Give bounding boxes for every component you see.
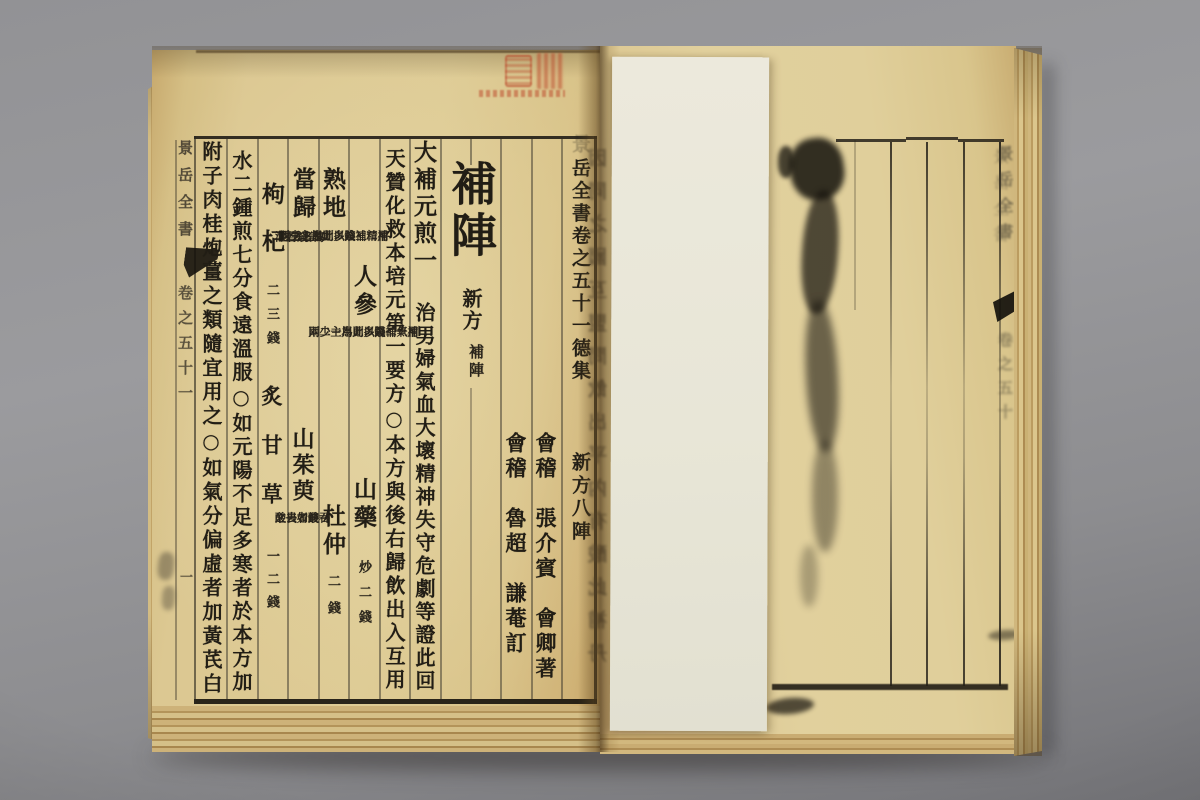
ingredient-name: 山茱萸 xyxy=(291,427,313,505)
ingredient-name: 人參 xyxy=(352,264,375,320)
column-rule xyxy=(470,388,472,699)
watermark-seal-right xyxy=(537,53,564,89)
ingredient-name: 熟地 xyxy=(321,167,344,223)
ingredient-note: 炒二錢 xyxy=(357,560,370,635)
red-watermark xyxy=(479,52,567,100)
ingredient-name: 山藥 xyxy=(352,477,375,533)
ingredient-name: 枸杞 xyxy=(260,182,283,276)
spine-juan-label: 卷之五十一 xyxy=(177,285,192,410)
frame-left-border xyxy=(194,136,196,704)
spine-juan-label: 卷之五十 xyxy=(997,332,1012,428)
recipe-directions-2: 附子肉桂炮薑之類隨宜用之○如氣分偏虛者加黃芪白 xyxy=(201,141,221,697)
frame-bottom-border xyxy=(194,699,597,704)
frame-top-border xyxy=(906,137,958,140)
ingredient-name: 炙甘草 xyxy=(261,385,282,532)
left-page-bottom-edges xyxy=(152,706,600,752)
column-rule xyxy=(287,139,289,699)
column-rule xyxy=(226,139,228,699)
spine-book-title: 景岳全書 xyxy=(996,145,1012,249)
ink-smear xyxy=(778,146,794,178)
watermark-caption xyxy=(479,90,565,97)
section-title-large: 補陣 xyxy=(448,160,494,262)
recipe-title: 大補元煎一 xyxy=(412,140,435,275)
ingredient-note: 二錢 xyxy=(326,574,339,628)
right-page-edge-shade xyxy=(1014,48,1042,756)
ingredient-note-left: 瀉者去之 xyxy=(280,231,324,250)
frame-top-border xyxy=(194,136,597,139)
ink-smear xyxy=(800,545,818,607)
paper-strip-overlay xyxy=(610,57,769,732)
ingredient-name: 當歸 xyxy=(291,167,314,223)
editor-line: 會稽 魯超 謙菴訂 xyxy=(505,432,526,657)
column-rule xyxy=(561,139,563,699)
column-rule xyxy=(440,139,442,699)
column-rule xyxy=(318,139,320,699)
frame-top-border xyxy=(836,139,906,142)
spine-book-title: 景岳全書 xyxy=(177,140,192,248)
column-rule xyxy=(348,139,350,699)
book-photo: 景岳全書 卷之五十一 一 景 岳全書卷之五十一德集 新方八陣 會稽 張介賓 會卿… xyxy=(0,0,1200,800)
recipe-indication-1: 治男婦氣血大壞精神失守危劇等證此回 xyxy=(414,302,434,693)
column-rule xyxy=(926,142,928,686)
ingredient-note: 二三錢 xyxy=(265,283,278,355)
column-rule xyxy=(854,140,856,310)
right-page-bottom-edges xyxy=(600,734,1016,754)
ingredient-note-left: 用一二錢多則用一二兩 xyxy=(308,326,418,341)
column-rule xyxy=(500,139,502,699)
ink-smear xyxy=(812,440,838,552)
author-line: 會稽 張介賓 會卿著 xyxy=(535,432,556,682)
column-rule xyxy=(890,142,892,686)
column-rule xyxy=(379,139,381,699)
ingredient-note: 一二錢 xyxy=(265,549,278,618)
spine-leaf-number: 一 xyxy=(178,570,191,583)
section-sub-label: 新方 xyxy=(461,288,481,332)
recipe-directions-1: 水二鍾煎七分食遠溫服○如元陽不足多寒者於本方加 xyxy=(231,150,251,695)
column-rule xyxy=(963,142,965,686)
section-subsub-label: 補陣 xyxy=(468,344,483,380)
watermark-seal-left xyxy=(505,55,532,87)
